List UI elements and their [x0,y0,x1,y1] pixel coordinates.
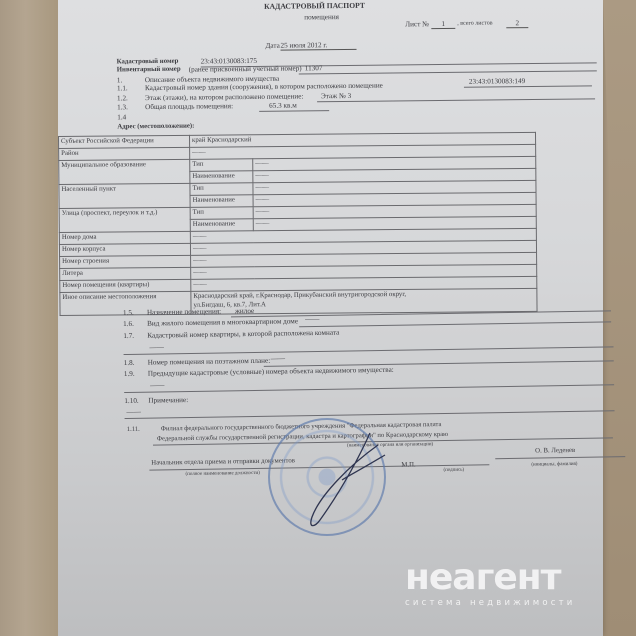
signer-name: О. В. Леденев [535,448,575,455]
item-number: 1.8. [124,360,135,367]
floor-plan-number-value: —— [271,355,285,362]
item-number: 1.5. [123,310,134,317]
item-label: Кадастровый номер квартиры, в которой ра… [147,330,339,340]
stamp-mark: М.П. [401,462,415,469]
underline [125,410,615,419]
item-number: 1.9. [124,371,135,378]
note-value: —— [126,409,140,416]
underline [495,456,625,459]
cadastral-passport-lower: 1.5. Назначение помещения: жилое 1.6. Ви… [58,0,628,636]
watermark-brand: неагент [405,560,576,596]
apartment-cadastral-value: —— [149,344,163,351]
residential-type-value: —— [305,316,319,323]
signature [290,425,390,535]
underline [124,384,614,393]
underline [299,321,611,327]
watermark-tagline: система недвижимости [405,598,576,608]
item-number: 1.6. [123,321,134,328]
underline [231,310,611,317]
item-number: 1.11. [127,427,140,434]
item-number: 1.7. [123,333,134,340]
item-label: Примечание: [148,397,188,405]
position-caption: (полное наименование должности) [185,471,259,477]
item-number: 1.10. [124,398,138,405]
purpose-value: жилое [235,308,254,316]
item-label: Вид жилого помещения в многоквартирном д… [147,318,298,328]
underline [124,346,614,355]
signature-caption: (подпись) [443,468,464,473]
underline [264,360,614,366]
signer-caption: (инициалы, фамилия) [531,462,577,468]
item-label: Предыдущие кадастровые (условные) номера… [148,367,394,378]
item-label: Назначение помещения: [147,308,221,316]
item-label: Номер помещения на поэтажном плане: [148,358,271,367]
previous-numbers-value: —— [150,382,164,389]
watermark-logo: неагент система недвижимости [405,560,576,608]
